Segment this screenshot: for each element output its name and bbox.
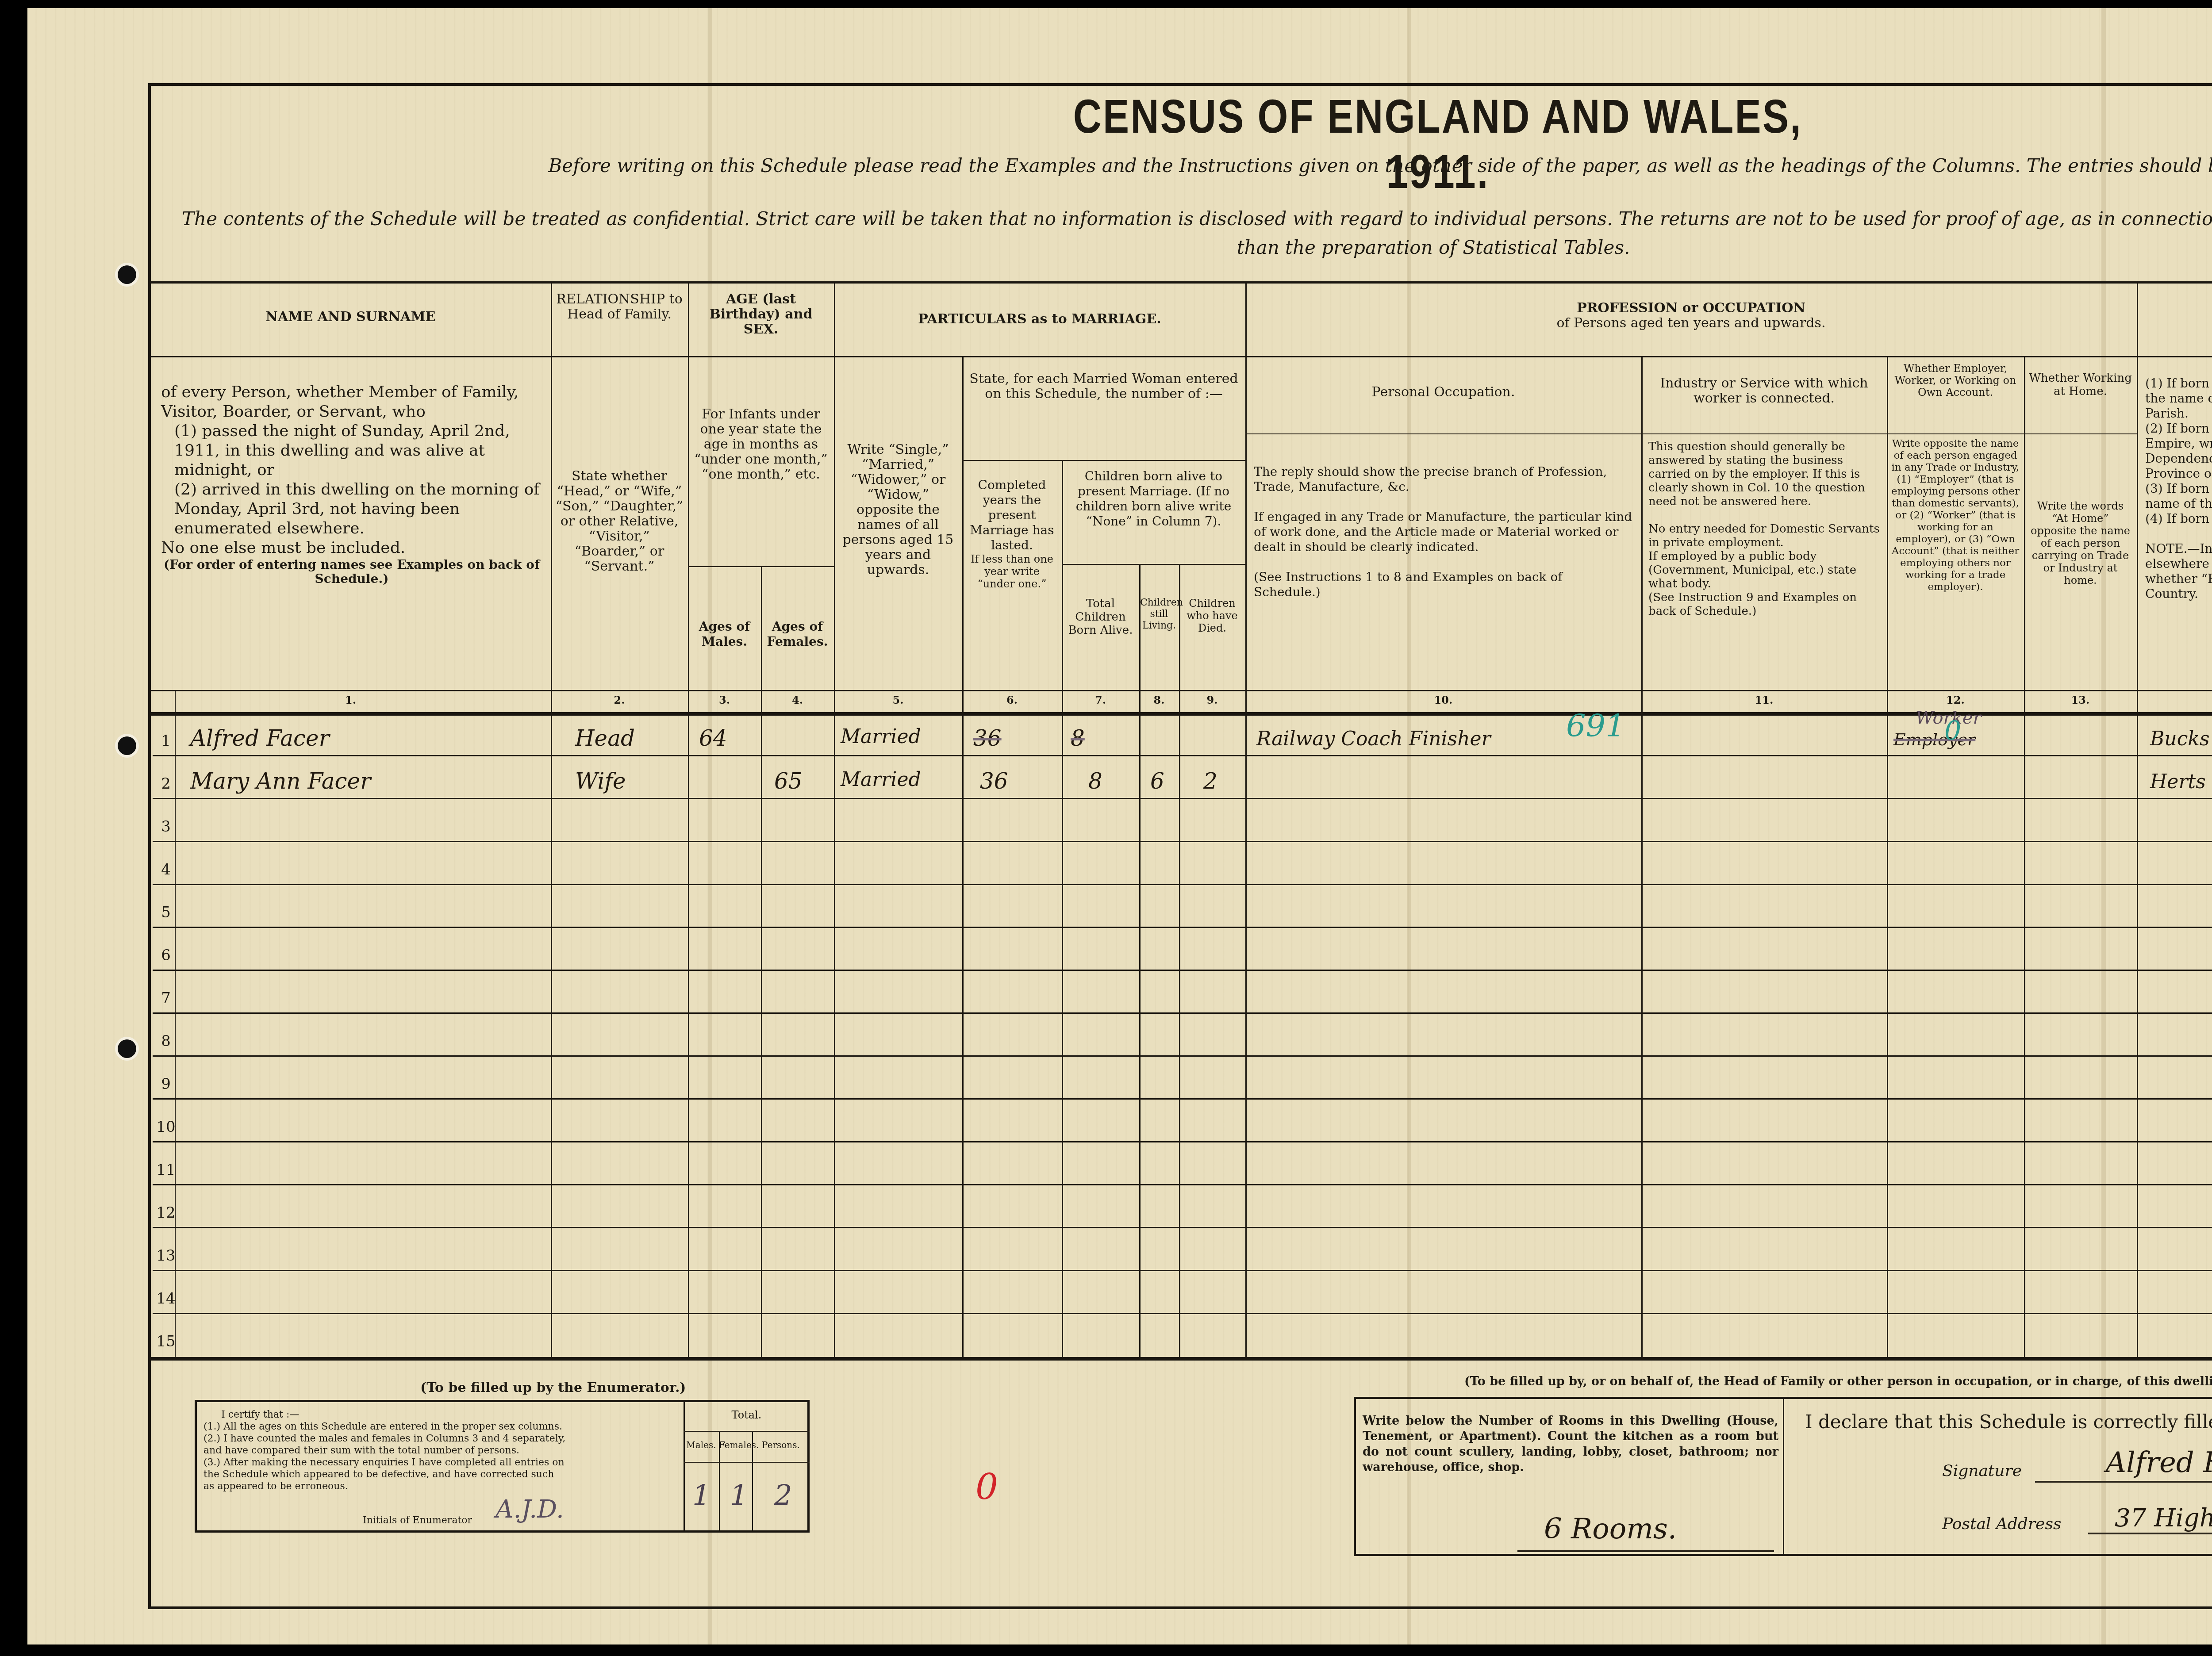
cell-relationship: Head [575,725,635,751]
header-personal-occupation-desc: The reply should show the precise branch… [1248,464,1639,600]
address-value: 37 High Street Stantonbury, Bucks. [2115,1504,2212,1533]
cell-employment-code: 0 [1944,716,1961,747]
header-children-living: Children still Living. [1139,597,1179,632]
header-birthplace-desc: (1) If born in the United Kingdom, write… [2139,376,2212,602]
header-at-home: Whether Working at Home. [2024,372,2137,398]
column-number: 10. [1245,694,1641,706]
cell-children-died: 2 [1203,768,1217,794]
cell-name: Alfred Facer [190,725,330,751]
cell-birthplace: Bucks Wavendon [2150,728,2212,750]
cell-children-living: 6 [1150,768,1164,794]
header-industry-desc: This question should generally be answer… [1642,440,1887,618]
row-number: 8 [153,1032,179,1050]
rooms-value: 6 Rooms. [1544,1513,1677,1545]
punch-hole [118,736,136,755]
row-number: 12 [153,1204,179,1222]
header-relationship-desc: State whether “Head,” or “Wife,” “Son,” … [551,469,688,574]
column-number: 5. [834,694,962,706]
cell-occupation: Railway Coach Finisher [1256,728,1491,750]
address-label: Postal Address [1942,1515,2061,1533]
red-check-mark: 0 [975,1466,998,1507]
header-children-born: Total Children Born Alive. [1062,597,1139,637]
signature-label: Signature [1942,1462,2022,1480]
enumerator-certification: I certify that :— (1.) All the ages on t… [204,1409,566,1492]
header-name-desc: of every Person, whether Member of Famil… [155,383,549,586]
column-number: 14. [2137,694,2212,706]
row-number: 1 [153,732,179,750]
total-females: 1 [730,1480,748,1512]
intro-instructions: Before writing on this Schedule please r… [487,155,2212,176]
header-marriage: PARTICULARS as to MARRIAGE. [834,312,1245,327]
cell-marital: Married [841,725,921,748]
column-number: 8. [1139,694,1179,706]
initials-value: A.J.D. [495,1495,564,1524]
header-employment-status: Whether Employer, Worker, or Working on … [1887,363,2024,399]
column-number: 1. [150,694,551,706]
row-number: 5 [153,904,179,921]
cell-relationship: Wife [575,768,626,794]
total-label: Total. [684,1409,810,1421]
column-number: 7. [1062,694,1139,706]
header-age-females: Ages of Females. [761,619,834,649]
header-years-married: Completed years the present Marriage has… [962,478,1062,590]
cell-years-married: 36 [973,725,1002,751]
column-number: 12. [1887,694,2024,706]
row-number: 15 [153,1333,179,1350]
cell-employment-crossed: Employer [1893,730,1975,749]
cell-name: Mary Ann Facer [190,768,371,794]
row-number: 6 [153,947,179,964]
header-marital-status: Write “Single,” “Married,” “Widower,” or… [834,442,962,578]
header-married-woman: State, for each Married Woman entered on… [962,372,1245,402]
row-number: 2 [153,775,179,793]
row-number: 14 [153,1290,179,1307]
cell-children-born: 8 [1071,725,1085,751]
header-personal-occupation: Personal Occupation. [1245,385,1641,400]
column-number: 2. [551,694,688,706]
header-occupation: PROFESSION or OCCUPATIONof Persons aged … [1245,301,2137,331]
females-label: Females. [719,1440,752,1450]
total-males: 1 [692,1480,710,1512]
header-employment-status-desc: Write opposite the name of each person e… [1887,438,2024,593]
column-number: 9. [1179,694,1245,706]
initials-label: Initials of Enumerator [363,1515,472,1526]
total-persons: 2 [774,1480,792,1512]
row-number: 3 [153,818,179,836]
confidential-notice-cont: than the preparation of Statistical Tabl… [168,237,2212,258]
column-number: 4. [761,694,834,706]
header-birthplace: BIRTHPLACEof every person. [2137,301,2212,331]
cell-occupation-code: 691 [1566,708,1625,744]
row-number: 11 [153,1161,179,1179]
page-title: CENSUS OF ENGLAND AND WALES, 1911. [1021,88,1855,199]
confidential-notice: The contents of the Schedule will be tre… [168,208,2212,230]
header-relationship: RELATIONSHIP to Head of Family. [551,292,688,322]
row-number: 10 [153,1118,179,1136]
cell-years-married: 36 [980,768,1008,794]
cell-age-male: 64 [699,725,727,751]
row-number: 7 [153,989,179,1007]
header-children: Children born alive to present Marriage.… [1062,469,1245,529]
row-number: 13 [153,1247,179,1265]
cell-age-female: 65 [774,768,803,794]
punch-hole [118,265,136,284]
header-name: NAME AND SURNAME [150,310,551,325]
header-at-home-desc: Write the words “At Home” opposite the n… [2024,500,2137,586]
column-number: 13. [2024,694,2137,706]
rooms-instruction: Write below the Number of Rooms in this … [1363,1413,1778,1475]
signature-value: Alfred Facer. [2106,1446,2212,1479]
header-age-males: Ages of Males. [688,619,761,649]
header-industry: Industry or Service with which worker is… [1641,376,1887,406]
head-of-family-heading: (To be filled up by, or on behalf of, th… [1464,1375,2212,1388]
row-number: 4 [153,861,179,878]
punch-hole [118,1039,136,1058]
persons-label: Persons. [752,1440,810,1450]
column-number: 3. [688,694,761,706]
cell-children-born: 8 [1088,768,1102,794]
header-children-died: Children who have Died. [1179,597,1245,634]
column-number: 6. [962,694,1062,706]
header-age: AGE (last Birthday) and SEX. [688,292,834,337]
cell-marital: Married [841,768,921,791]
declaration-text: I declare that this Schedule is correctl… [1805,1411,2212,1433]
cell-birthplace: Herts Tring [2150,770,2212,793]
males-label: Males. [684,1440,719,1450]
enumerator-heading: (To be filled up by the Enumerator.) [420,1380,686,1395]
column-number: 11. [1641,694,1887,706]
row-number: 9 [153,1075,179,1093]
header-age-desc: For Infants under one year state the age… [688,407,834,482]
